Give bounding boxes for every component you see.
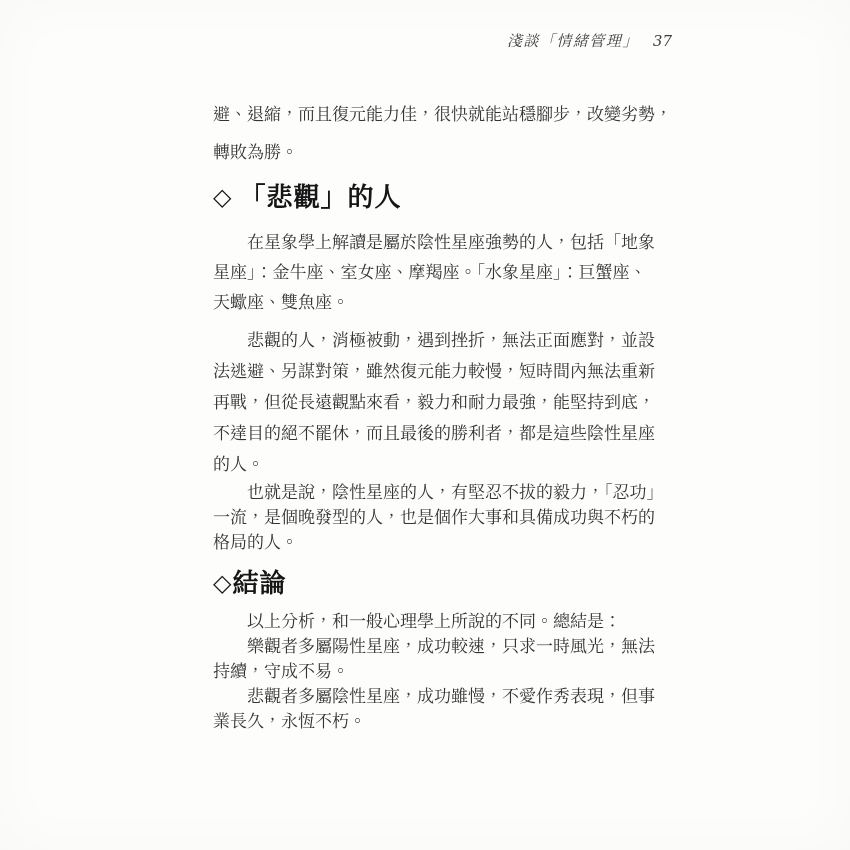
paragraph-conclusion-intro: 以上分析，和一般心理學上所說的不同。總結是：	[213, 610, 688, 635]
paragraph-pessimist-summary: 也就是說，陰性星座的人，有堅忍不拔的毅力，「忍功」 一流，是個晚發型的人，也是個…	[213, 481, 688, 556]
diamond-icon: ◇	[213, 569, 232, 597]
running-title: 淺談「情緒管理」	[507, 32, 639, 50]
page-header: 淺談「情緒管理」37	[507, 30, 672, 51]
book-page: 淺談「情緒管理」37 避、退縮，而且復元能力佳，很快就能站穩腳步，改變劣勢， 轉…	[0, 0, 850, 850]
paragraph-optimist-conclusion: 樂觀者多屬陽性星座，成功較速，只求一時風光，無法 持續，守成不易。	[213, 635, 688, 685]
diamond-icon: ◇	[213, 183, 232, 211]
section-heading-conclusion-text: 結論	[232, 569, 286, 599]
paragraph-pessimist-conclusion: 悲觀者多屬陰性星座，成功雖慢，不愛作秀表現，但事 業長久，永恆不朽。	[213, 685, 688, 735]
paragraph-zodiac-list: 在星象學上解讀是屬於陰性星座強勢的人，包括「地象 星座」：金牛座、室女座、摩羯座…	[213, 228, 688, 318]
paragraph-pessimist-traits: 悲觀的人，消極被動，遇到挫折，無法正面應對，並設 法逃避、另謀對策，雖然復元能力…	[213, 326, 688, 481]
section-heading-pessimist-text: 「悲觀」的人	[239, 183, 401, 213]
section-heading-conclusion: ◇結論	[213, 566, 688, 602]
page-content: 避、退縮，而且復元能力佳，很快就能站穩腳步，改變劣勢， 轉敗為勝。 ◇「悲觀」的…	[213, 96, 688, 735]
section-heading-pessimist: ◇「悲觀」的人	[213, 180, 688, 216]
page-number: 37	[653, 32, 672, 50]
paragraph-continuation: 避、退縮，而且復元能力佳，很快就能站穩腳步，改變劣勢， 轉敗為勝。	[213, 96, 688, 172]
